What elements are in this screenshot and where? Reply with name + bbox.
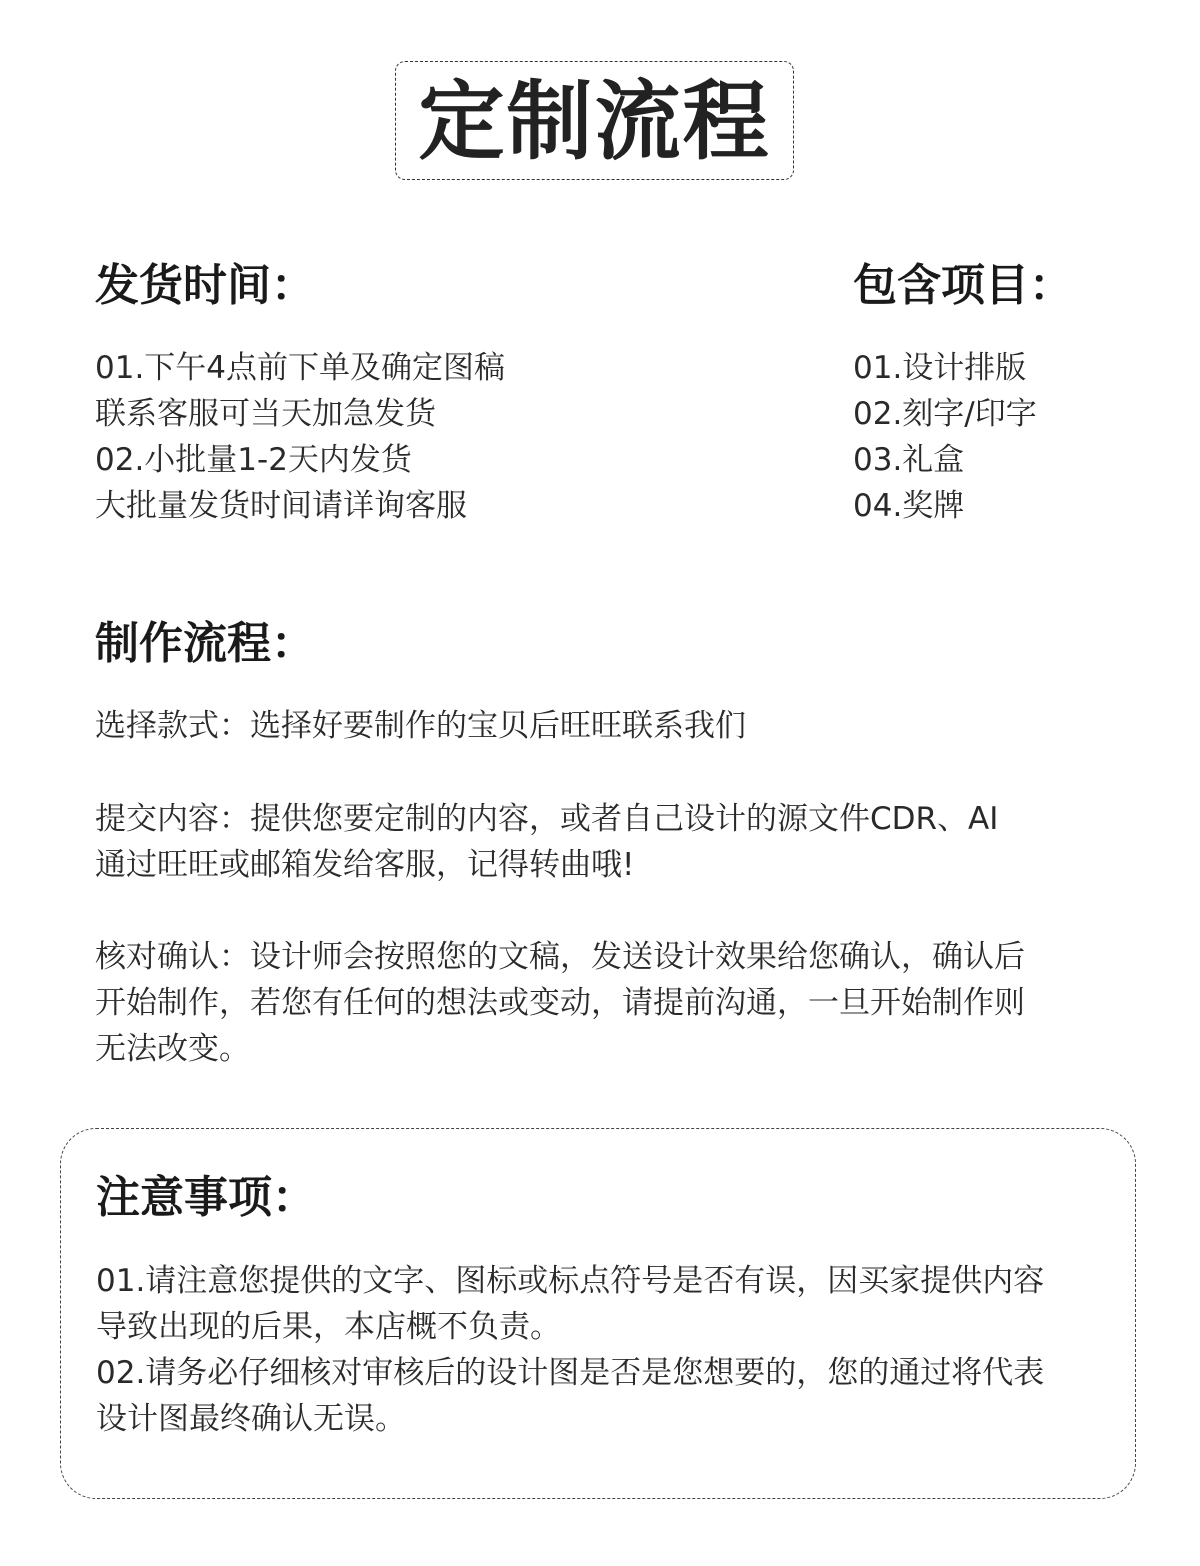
process-heading: 制作流程： <box>95 622 315 666</box>
process-step-line: 通过旺旺或邮箱发给客服，记得转曲哦! <box>95 842 998 888</box>
shipping-line: 02.小批量1-2天内发货 <box>95 437 505 483</box>
shipping-list: 01.下午4点前下单及确定图稿 联系客服可当天加急发货 02.小批量1-2天内发… <box>95 345 505 529</box>
includes-item: 01.设计排版 <box>853 345 1037 391</box>
notice-line: 导致出现的后果，本店概不负责。 <box>96 1304 1044 1350</box>
process-step-line: 开始制作，若您有任何的想法或变动，请提前沟通，一旦开始制作则 <box>95 980 1025 1026</box>
process-step-line: 无法改变。 <box>95 1026 1025 1072</box>
process-step-select-style: 选择款式：选择好要制作的宝贝后旺旺联系我们 <box>95 703 746 749</box>
includes-item: 02.刻字/印字 <box>853 391 1037 437</box>
includes-list: 01.设计排版 02.刻字/印字 03.礼盒 04.奖牌 <box>853 345 1037 529</box>
notice-line: 01.请注意您提供的文字、图标或标点符号是否有误，因买家提供内容 <box>96 1258 1044 1304</box>
shipping-heading: 发货时间： <box>95 264 315 308</box>
notice-list: 01.请注意您提供的文字、图标或标点符号是否有误，因买家提供内容 导致出现的后果… <box>96 1258 1044 1442</box>
shipping-line: 联系客服可当天加急发货 <box>95 391 505 437</box>
process-step-line: 核对确认：设计师会按照您的文稿，发送设计效果给您确认，确认后 <box>95 934 1025 980</box>
process-step-confirm: 核对确认：设计师会按照您的文稿，发送设计效果给您确认，确认后 开始制作，若您有任… <box>95 934 1025 1072</box>
shipping-line: 01.下午4点前下单及确定图稿 <box>95 345 505 391</box>
notice-line: 02.请务必仔细核对审核后的设计图是否是您想要的，您的通过将代表 <box>96 1350 1044 1396</box>
process-step-line: 提交内容：提供您要定制的内容，或者自己设计的源文件CDR、AI <box>95 796 998 842</box>
notice-heading: 注意事项： <box>96 1176 316 1220</box>
includes-item: 04.奖牌 <box>853 483 1037 529</box>
notice-line: 设计图最终确认无误。 <box>96 1396 1044 1442</box>
title-frame: 定制流程 <box>395 61 794 180</box>
shipping-line: 大批量发货时间请详询客服 <box>95 483 505 529</box>
includes-item: 03.礼盒 <box>853 437 1037 483</box>
page-title: 定制流程 <box>419 79 771 165</box>
process-step-line: 选择款式：选择好要制作的宝贝后旺旺联系我们 <box>95 703 746 749</box>
includes-heading: 包含项目： <box>853 264 1073 308</box>
process-step-submit-content: 提交内容：提供您要定制的内容，或者自己设计的源文件CDR、AI 通过旺旺或邮箱发… <box>95 796 998 888</box>
